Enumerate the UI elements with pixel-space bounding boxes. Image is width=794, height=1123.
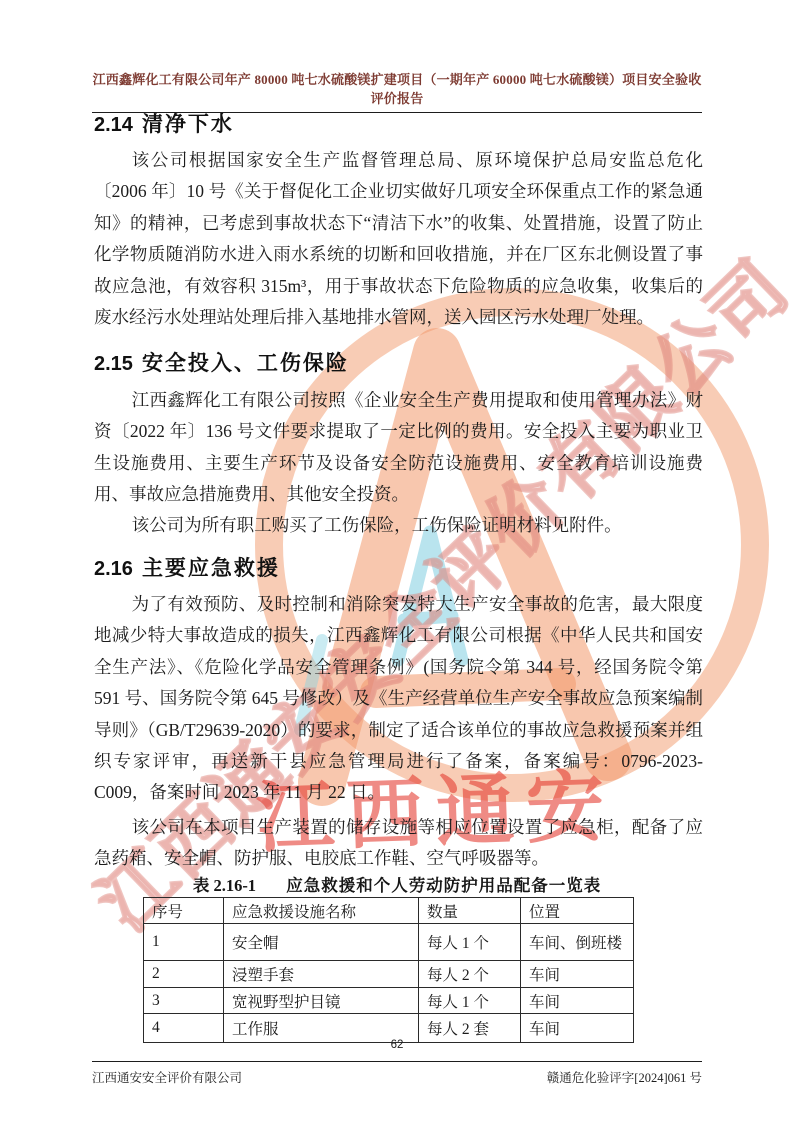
cell-name: 宽视野型护目镜 <box>224 988 419 1014</box>
paragraph: 为了有效预防、及时控制和消除突发特大生产安全事故的危害，最大限度地减少特大事故造… <box>94 589 703 809</box>
column-header: 数量 <box>419 898 521 924</box>
table-row: 2 浸塑手套 每人 2 个 车间 <box>144 961 634 988</box>
cell-name: 安全帽 <box>224 924 419 961</box>
cell-quantity: 每人 1 个 <box>419 924 521 961</box>
section-title: 清净下水 <box>142 112 234 136</box>
table-caption-label: 表 2.16-1 <box>193 876 256 895</box>
footer-company-name: 江西通安安全评价有限公司 <box>92 1068 242 1086</box>
column-header: 序号 <box>144 898 224 924</box>
table-row: 3 宽视野型护目镜 每人 1 个 车间 <box>144 988 634 1014</box>
equipment-table: 序号 应急救援设施名称 数量 位置 1 安全帽 每人 1 个 车间、倒班楼 2 … <box>143 897 634 1043</box>
section-title: 主要应急救援 <box>142 556 280 580</box>
section-2-15-heading: 2.15安全投入、工伤保险 <box>94 347 349 377</box>
table-caption-title: 应急救援和个人劳动防护用品配备一览表 <box>286 876 601 895</box>
paragraph: 该公司为所有职工购买了工伤保险，工伤保险证明材料见附件。 <box>94 510 703 541</box>
section-title: 安全投入、工伤保险 <box>142 351 349 375</box>
page-number: 62 <box>0 1039 794 1051</box>
section-number: 2.16 <box>94 558 133 580</box>
column-header: 应急救援设施名称 <box>224 898 419 924</box>
cell-index: 3 <box>144 988 224 1014</box>
table-caption: 表 2.16-1 应急救援和个人劳动防护用品配备一览表 <box>92 872 702 896</box>
report-page: 江西鑫辉化工有限公司年产 80000 吨七水硫酸镁扩建项目（一期年产 60000… <box>0 0 794 1123</box>
footer-divider <box>92 1061 702 1062</box>
cell-location: 车间 <box>521 961 634 988</box>
cell-location: 车间 <box>521 988 634 1014</box>
cell-index: 2 <box>144 961 224 988</box>
section-number: 2.14 <box>94 114 133 136</box>
cell-quantity: 每人 2 个 <box>419 961 521 988</box>
table-header-row: 序号 应急救援设施名称 数量 位置 <box>144 898 634 924</box>
page-footer: 江西通安安全评价有限公司 赣通危化验评字[2024]061 号 <box>92 1068 702 1086</box>
cell-location: 车间、倒班楼 <box>521 924 634 961</box>
page-header-title: 江西鑫辉化工有限公司年产 80000 吨七水硫酸镁扩建项目（一期年产 60000… <box>92 69 702 113</box>
section-number: 2.15 <box>94 353 133 375</box>
paragraph: 江西鑫辉化工有限公司按照《企业安全生产费用提取和使用管理办法》财资〔2022 年… <box>94 385 703 511</box>
cell-name: 浸塑手套 <box>224 961 419 988</box>
section-2-16-heading: 2.16主要应急救援 <box>94 552 280 582</box>
cell-index: 1 <box>144 924 224 961</box>
paragraph: 该公司在本项目生产装置的储存设施等相应位置设置了应急柜，配备了应急药箱、安全帽、… <box>94 812 703 875</box>
footer-document-number: 赣通危化验评字[2024]061 号 <box>547 1068 702 1086</box>
table-row: 1 安全帽 每人 1 个 车间、倒班楼 <box>144 924 634 961</box>
section-2-14-heading: 2.14清净下水 <box>94 108 234 138</box>
cell-quantity: 每人 1 个 <box>419 988 521 1014</box>
paragraph: 该公司根据国家安全生产监督管理总局、原环境保护总局安监总危化〔2006 年〕10… <box>94 145 703 333</box>
column-header: 位置 <box>521 898 634 924</box>
